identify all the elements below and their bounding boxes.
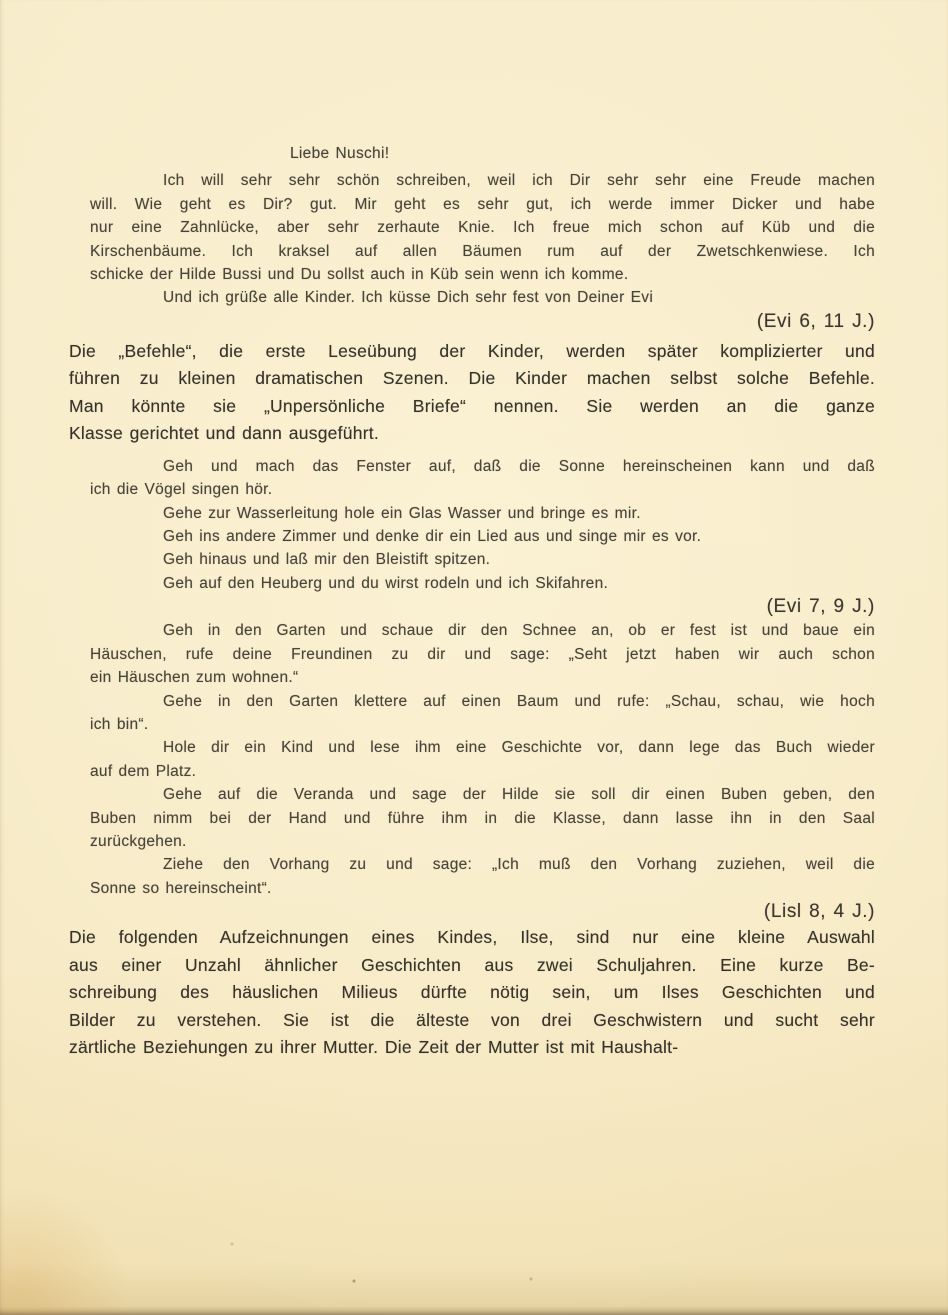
text-line: zurückgehen.: [90, 830, 875, 853]
text-line: Die folgenden Aufzeichnungen eines Kinde…: [69, 924, 875, 952]
text-line: Kirschenbäume. Ich kraksel auf allen Bäu…: [90, 240, 875, 263]
text-line: schreibung des häuslichen Milieus dürfte…: [69, 979, 875, 1007]
text-line: Hole dir ein Kind und lese ihm eine Gesc…: [90, 736, 875, 759]
garten-quote-body: Geh in den Garten und schaue dir den Sch…: [90, 619, 875, 900]
text-line: aus einer Unzahl ähnlicher Geschichten a…: [69, 952, 875, 980]
text-line: Man könnte sie „Unpersönliche Briefe“ ne…: [69, 393, 875, 421]
paragraph: Geh und mach das Fenster auf, daß die So…: [90, 455, 875, 502]
text-line: Klasse gerichtet und dann ausgeführt.: [69, 420, 875, 448]
ilse-intro-body: Die folgenden Aufzeichnungen eines Kinde…: [69, 924, 875, 1062]
text-line: Gehe in den Garten klettere auf einen Ba…: [90, 690, 875, 713]
text-line: Buben nimm bei der Hand und führe ihm in…: [90, 807, 875, 830]
text-line: Geh hinaus und laß mir den Bleistift spi…: [90, 548, 875, 571]
text-line: führen zu kleinen dramatischen Szenen. D…: [69, 365, 875, 393]
text-line: will. Wie geht es Dir? gut. Mir geht es …: [90, 193, 875, 216]
text-line: Und ich grüße alle Kinder. Ich küsse Dic…: [90, 286, 875, 309]
text-line: auf dem Platz.: [90, 760, 875, 783]
text-line: Sonne so hereinscheint“.: [90, 877, 875, 900]
text-line: Ziehe den Vorhang zu und sage: „Ich muß …: [90, 853, 875, 876]
section-befehle-quote: Geh und mach das Fenster auf, daß die So…: [69, 455, 875, 619]
paragraph: Die „Befehle“, die erste Leseübung der K…: [69, 338, 875, 448]
section-garten-quote: Geh in den Garten und schaue dir den Sch…: [69, 619, 875, 924]
section-ilse-intro: Die folgenden Aufzeichnungen eines Kinde…: [69, 924, 875, 1062]
paragraph: Geh ins andere Zimmer und denke dir ein …: [90, 525, 875, 548]
text-line: nur eine Zahnlücke, aber sehr zerhaute K…: [90, 216, 875, 239]
paragraph: Gehe auf die Veranda und sage der Hilde …: [90, 783, 875, 853]
page-content: Liebe Nuschi! Ich will sehr sehr schön s…: [69, 142, 875, 1062]
paragraph: Gehe in den Garten klettere auf einen Ba…: [90, 690, 875, 737]
paragraph: Die folgenden Aufzeichnungen eines Kinde…: [69, 924, 875, 1062]
text-line: ein Häuschen zum wohnen.“: [90, 666, 875, 689]
text-line: ich bin“.: [90, 713, 875, 736]
text-line: Geh und mach das Fenster auf, daß die So…: [90, 455, 875, 478]
text-line: Geh ins andere Zimmer und denke dir ein …: [90, 525, 875, 548]
section-befehle-intro: Die „Befehle“, die erste Leseübung der K…: [69, 338, 875, 448]
paragraph: Geh auf den Heuberg und du wirst rodeln …: [90, 572, 875, 595]
scanned-page: Liebe Nuschi! Ich will sehr sehr schön s…: [0, 0, 948, 1315]
paragraph: Geh hinaus und laß mir den Bleistift spi…: [90, 548, 875, 571]
text-line: Ich will sehr sehr schön schreiben, weil…: [90, 169, 875, 192]
section-letter-evi: Liebe Nuschi! Ich will sehr sehr schön s…: [69, 142, 875, 334]
attribution-evi-6: (Evi 6, 11 J.): [90, 310, 875, 334]
befehle-intro-body: Die „Befehle“, die erste Leseübung der K…: [69, 338, 875, 448]
paragraph: Ziehe den Vorhang zu und sage: „Ich muß …: [90, 853, 875, 900]
text-line: Häuschen, rufe deine Freundinen zu dir u…: [90, 643, 875, 666]
text-line: ich die Vögel singen hör.: [90, 478, 875, 501]
befehle-quote-body: Geh und mach das Fenster auf, daß die So…: [90, 455, 875, 595]
letter-salutation: Liebe Nuschi!: [290, 142, 875, 165]
text-line: Gehe auf die Veranda und sage der Hilde …: [90, 783, 875, 806]
attribution-evi-7: (Evi 7, 9 J.): [90, 595, 875, 619]
paragraph: Hole dir ein Kind und lese ihm eine Gesc…: [90, 736, 875, 783]
attribution-lisl-8: (Lisl 8, 4 J.): [90, 900, 875, 924]
paragraph: Geh in den Garten und schaue dir den Sch…: [90, 619, 875, 689]
paragraph: Und ich grüße alle Kinder. Ich küsse Dic…: [90, 286, 875, 309]
text-line: Gehe zur Wasserleitung hole ein Glas Was…: [90, 502, 875, 525]
text-line: zärtliche Beziehungen zu ihrer Mutter. D…: [69, 1034, 875, 1062]
text-line: schicke der Hilde Bussi und Du sollst au…: [90, 263, 875, 286]
text-line: Geh auf den Heuberg und du wirst rodeln …: [90, 572, 875, 595]
letter-body: Ich will sehr sehr schön schreiben, weil…: [90, 169, 875, 309]
paragraph: Gehe zur Wasserleitung hole ein Glas Was…: [90, 502, 875, 525]
text-line: Geh in den Garten und schaue dir den Sch…: [90, 619, 875, 642]
text-line: Die „Befehle“, die erste Leseübung der K…: [69, 338, 875, 366]
paragraph: Ich will sehr sehr schön schreiben, weil…: [90, 169, 875, 286]
text-line: Bilder zu verstehen. Sie ist die älteste…: [69, 1007, 875, 1035]
